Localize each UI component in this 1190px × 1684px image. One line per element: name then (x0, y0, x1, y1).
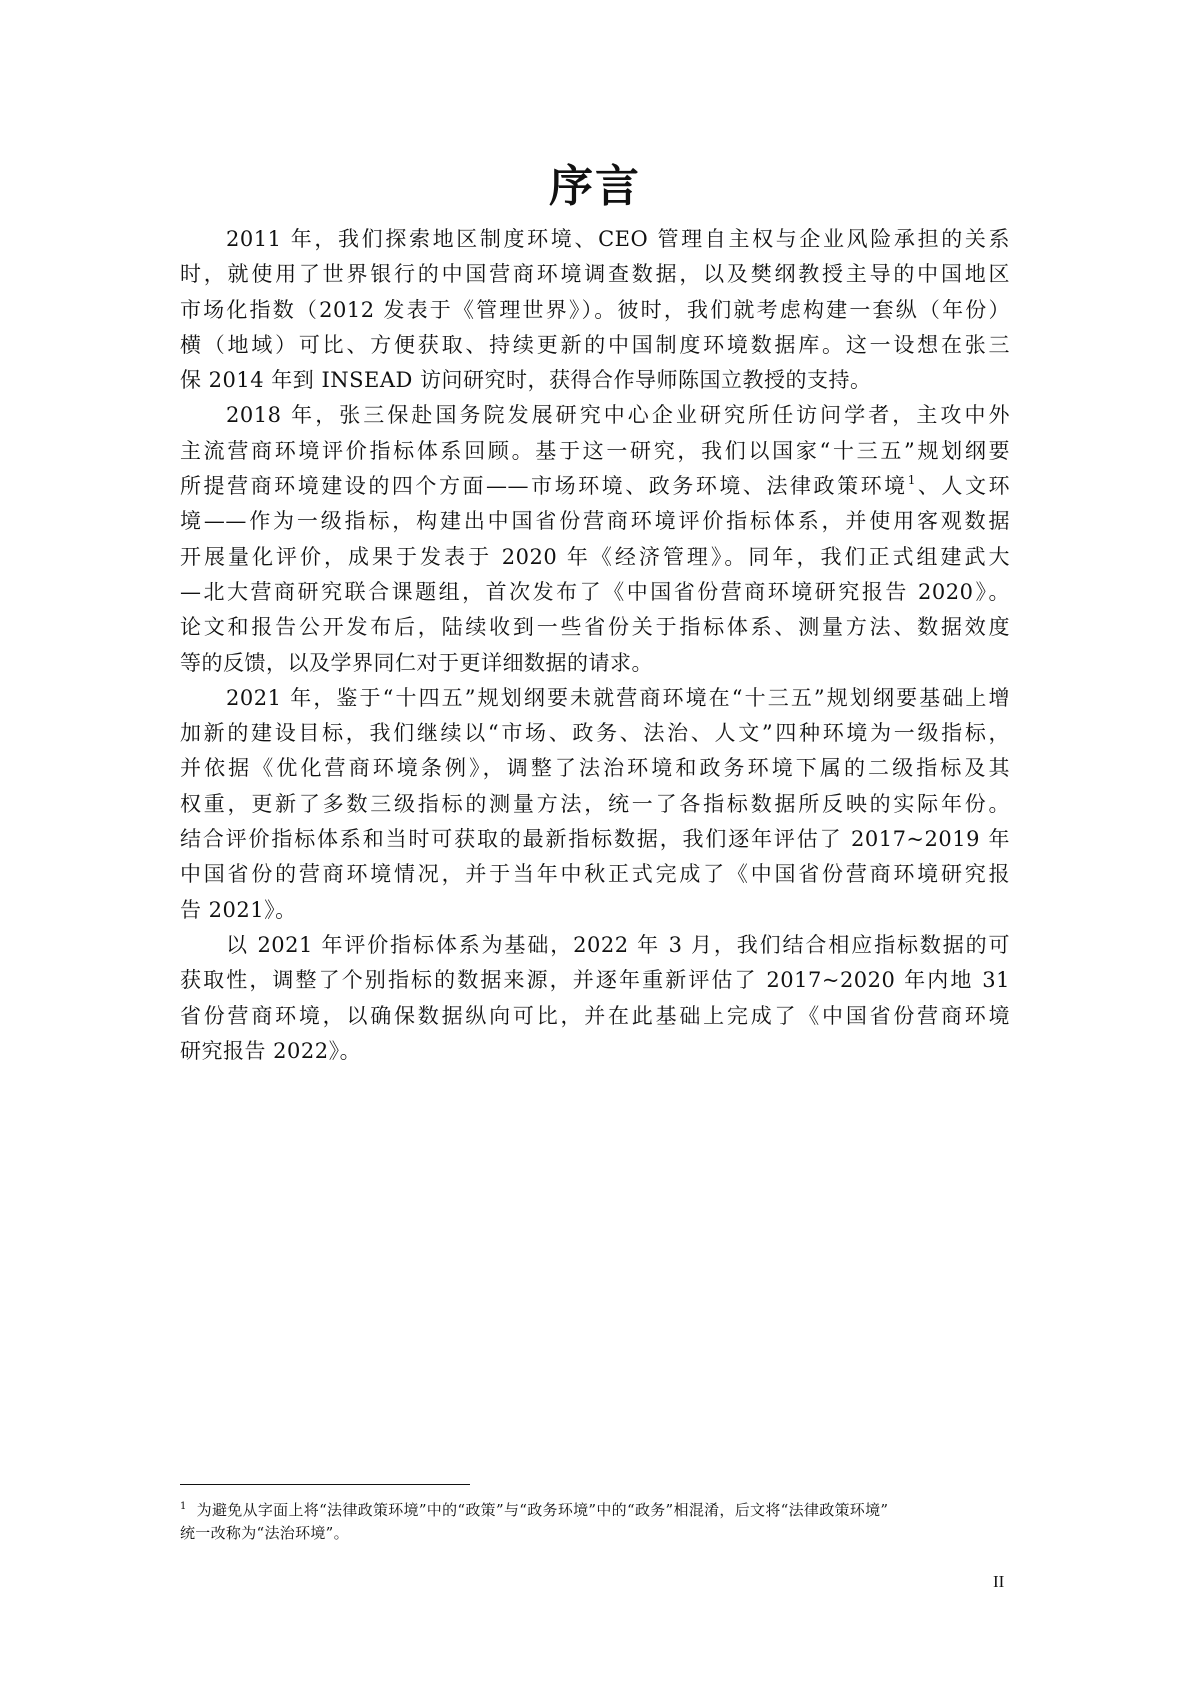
text-line: 加新的建设目标，我们继续以“市场、政务、法治、人文”四种环境为一级指标， (180, 716, 1010, 751)
text-line: 告 2021》。 (180, 893, 1010, 928)
text-line: 省份营商环境，以确保数据纵向可比，并在此基础上完成了《中国省份营商环境 (180, 999, 1010, 1034)
text-line: 2011 年，我们探索地区制度环境、CEO 管理自主权与企业风险承担的关系 (180, 222, 1010, 257)
text-line: 以 2021 年评价指标体系为基础，2022 年 3 月，我们结合相应指标数据的… (180, 928, 1010, 963)
text-line: 保 2014 年到 INSEAD 访问研究时，获得合作导师陈国立教授的支持。 (180, 363, 1010, 398)
text-line: 市场化指数（2012 发表于《管理世界》）。彼时，我们就考虑构建一套纵（年份） (180, 293, 1010, 328)
footnote-line: 1为避免从字面上将“法律政策环境”中的“政策”与“政务环境”中的“政务”相混淆，… (180, 1494, 1010, 1520)
text-line: 研究报告 2022》。 (180, 1034, 1010, 1069)
text-line: 获取性，调整了个别指标的数据来源，并逐年重新评估了 2017~2020 年内地 … (180, 963, 1010, 998)
footnote: 1为避免从字面上将“法律政策环境”中的“政策”与“政务环境”中的“政务”相混淆，… (180, 1494, 1010, 1546)
footnote-separator (180, 1484, 470, 1485)
text-segment: 、人文环 (916, 474, 1010, 498)
text-line: 主流营商环境评价指标体系回顾。基于这一研究，我们以国家“十三五”规划纲要 (180, 434, 1010, 469)
text-line: 中国省份的营商环境情况，并于当年中秋正式完成了《中国省份营商环境研究报 (180, 857, 1010, 892)
footnote-reference[interactable]: 1 (908, 473, 916, 487)
text-line: 时，就使用了世界银行的中国营商环境调查数据，以及樊纲教授主导的中国地区 (180, 257, 1010, 292)
preface-body: 2011 年，我们探索地区制度环境、CEO 管理自主权与企业风险承担的关系 时，… (180, 222, 1010, 1069)
text-line: 等的反馈，以及学界同仁对于更详细数据的请求。 (180, 646, 1010, 681)
text-line: —北大营商研究联合课题组，首次发布了《中国省份营商环境研究报告 2020》。 (180, 575, 1010, 610)
text-line: 横（地域）可比、方便获取、持续更新的中国制度环境数据库。这一设想在张三 (180, 328, 1010, 363)
text-line: 境——作为一级指标，构建出中国省份营商环境评价指标体系，并使用客观数据 (180, 504, 1010, 539)
text-line: 开展量化评价，成果于发表于 2020 年《经济管理》。同年，我们正式组建武大 (180, 540, 1010, 575)
footnote-number: 1 (180, 1501, 187, 1512)
footnote-line: 统一改称为“法治环境”。 (180, 1520, 1010, 1546)
text-line: 权重，更新了多数三级指标的测量方法，统一了各指标数据所反映的实际年份。 (180, 787, 1010, 822)
text-segment: 所提营商环境建设的四个方面——市场环境、政务环境、法律政策环境 (180, 474, 908, 498)
page-number: II (993, 1572, 1004, 1592)
text-line: 结合评价指标体系和当时可获取的最新指标数据，我们逐年评估了 2017~2019 … (180, 822, 1010, 857)
text-line: 2021 年，鉴于“十四五”规划纲要未就营商环境在“十三五”规划纲要基础上增 (180, 681, 1010, 716)
text-line: 论文和报告公开发布后，陆续收到一些省份关于指标体系、测量方法、数据效度 (180, 610, 1010, 645)
footnote-text: 为避免从字面上将“法律政策环境”中的“政策”与“政务环境”中的“政务”相混淆，后… (197, 1501, 889, 1519)
text-line: 所提营商环境建设的四个方面——市场环境、政务环境、法律政策环境1、人文环 (180, 469, 1010, 504)
text-line: 并依据《优化营商环境条例》，调整了法治环境和政务环境下属的二级指标及其 (180, 751, 1010, 786)
page-title: 序言 (0, 150, 1190, 214)
text-line: 2018 年，张三保赴国务院发展研究中心企业研究所任访问学者，主攻中外 (180, 398, 1010, 433)
